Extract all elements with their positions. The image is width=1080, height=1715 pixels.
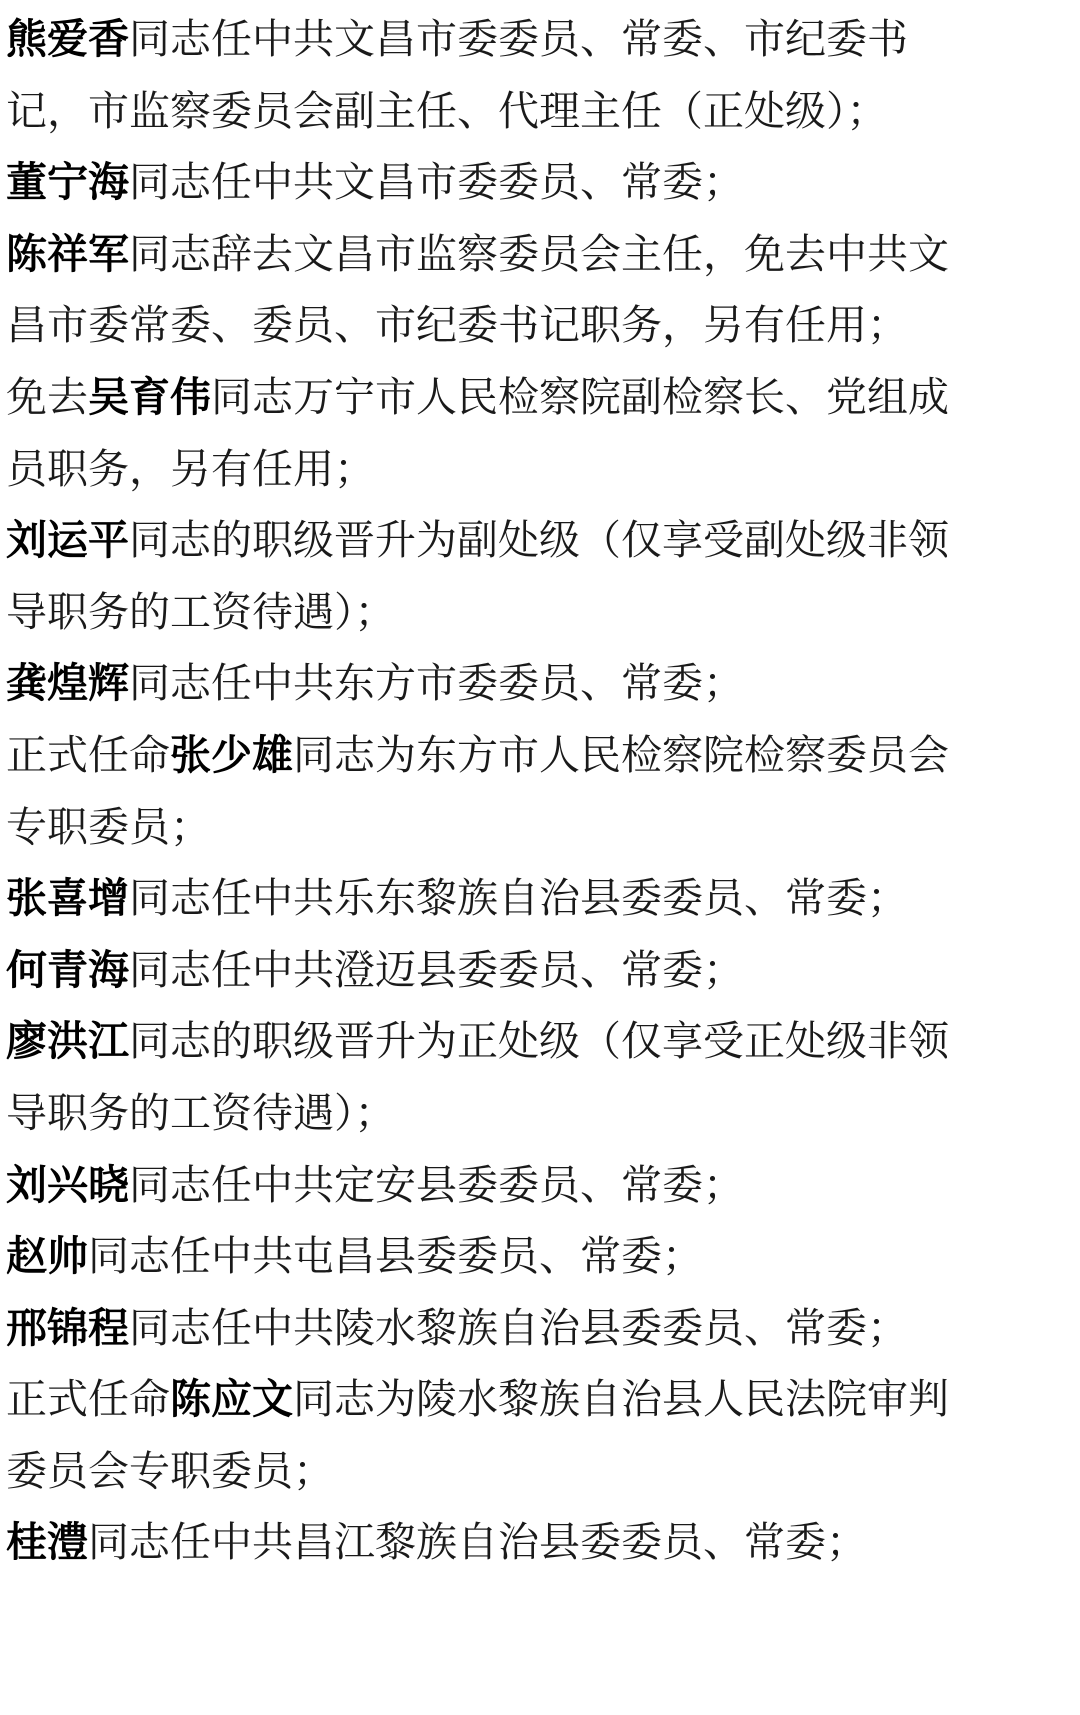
appointment-entry: 刘运平同志的职级晋升为副处级（仅享受副处级非领 导职务的工资待遇）； [6, 505, 1076, 648]
text-line: 邢锦程同志任中共陵水黎族自治县委委员、常委； [6, 1293, 1076, 1365]
text-line: 导职务的工资待遇）； [6, 577, 1076, 649]
line-text: 同志万宁市人民检察院副检察长、党组成 [211, 373, 949, 421]
person-name: 熊爱香 [6, 15, 129, 63]
line-text: 同志为陵水黎族自治县人民法院审判 [293, 1375, 949, 1423]
person-name: 陈应文 [170, 1375, 293, 1423]
appointment-entry: 邢锦程同志任中共陵水黎族自治县委委员、常委； [6, 1293, 1076, 1365]
text-line: 免去吴育伟同志万宁市人民检察院副检察长、党组成 [6, 362, 1076, 434]
appointment-entry: 正式任命陈应文同志为陵水黎族自治县人民法院审判 委员会专职委员； [6, 1364, 1076, 1507]
line-text: 同志为东方市人民检察院检察委员会 [293, 731, 949, 779]
person-name: 何青海 [6, 946, 129, 994]
text-line: 董宁海同志任中共文昌市委委员、常委； [6, 147, 1076, 219]
appointment-entry: 正式任命张少雄同志为东方市人民检察院检察委员会 专职委员； [6, 720, 1076, 863]
person-name: 廖洪江 [6, 1017, 129, 1065]
appointment-entry: 赵帅同志任中共屯昌县委委员、常委； [6, 1221, 1076, 1293]
text-line: 陈祥军同志辞去文昌市监察委员会主任，免去中共文 [6, 219, 1076, 291]
appointment-entry: 龚煌辉同志任中共东方市委委员、常委； [6, 648, 1076, 720]
text-line: 记，市监察委员会副主任、代理主任（正处级）； [6, 76, 1076, 148]
line-text: 同志任中共乐东黎族自治县委委员、常委； [129, 874, 908, 922]
text-line: 导职务的工资待遇）； [6, 1078, 1076, 1150]
appointment-entry: 桂澧同志任中共昌江黎族自治县委委员、常委； [6, 1507, 1076, 1579]
text-line: 员职务，另有任用； [6, 434, 1076, 506]
text-line: 正式任命陈应文同志为陵水黎族自治县人民法院审判 [6, 1364, 1076, 1436]
line-text: 记，市监察委员会副主任、代理主任（正处级）； [6, 87, 888, 135]
text-line: 龚煌辉同志任中共东方市委委员、常委； [6, 648, 1076, 720]
appointment-entry: 董宁海同志任中共文昌市委委员、常委； [6, 147, 1076, 219]
line-text: 专职委员； [6, 803, 211, 851]
line-text: 同志任中共文昌市委委员、常委、市纪委书 [129, 15, 908, 63]
text-line: 刘兴晓同志任中共定安县委委员、常委； [6, 1150, 1076, 1222]
line-text: 导职务的工资待遇）； [6, 588, 396, 636]
line-text: 同志任中共昌江黎族自治县委委员、常委； [88, 1518, 867, 1566]
text-line: 正式任命张少雄同志为东方市人民检察院检察委员会 [6, 720, 1076, 792]
line-text: 同志任中共陵水黎族自治县委委员、常委； [129, 1304, 908, 1352]
line-prefix: 正式任命 [6, 1375, 170, 1423]
line-text: 同志的职级晋升为正处级（仅享受正处级非领 [129, 1017, 949, 1065]
line-text: 同志任中共定安县委委员、常委； [129, 1161, 744, 1209]
line-text: 昌市委常委、委员、市纪委书记职务，另有任用； [6, 301, 908, 349]
text-line: 委员会专职委员； [6, 1436, 1076, 1508]
line-text: 员职务，另有任用； [6, 445, 375, 493]
text-line: 专职委员； [6, 792, 1076, 864]
appointment-entry: 刘兴晓同志任中共定安县委委员、常委； [6, 1150, 1076, 1222]
line-text: 同志辞去文昌市监察委员会主任，免去中共文 [129, 230, 949, 278]
person-name: 刘兴晓 [6, 1161, 129, 1209]
text-line: 桂澧同志任中共昌江黎族自治县委委员、常委； [6, 1507, 1076, 1579]
person-name: 刘运平 [6, 516, 129, 564]
text-line: 昌市委常委、委员、市纪委书记职务，另有任用； [6, 290, 1076, 362]
person-name: 赵帅 [6, 1232, 88, 1280]
line-text: 导职务的工资待遇）； [6, 1089, 396, 1137]
line-text: 同志的职级晋升为副处级（仅享受副处级非领 [129, 516, 949, 564]
appointment-entry: 陈祥军同志辞去文昌市监察委员会主任，免去中共文 昌市委常委、委员、市纪委书记职务… [6, 219, 1076, 362]
text-line: 张喜增同志任中共乐东黎族自治县委委员、常委； [6, 863, 1076, 935]
line-prefix: 正式任命 [6, 731, 170, 779]
line-text: 同志任中共澄迈县委委员、常委； [129, 946, 744, 994]
person-name: 董宁海 [6, 158, 129, 206]
person-name: 桂澧 [6, 1518, 88, 1566]
line-text: 同志任中共文昌市委委员、常委； [129, 158, 744, 206]
line-text: 同志任中共东方市委委员、常委； [129, 659, 744, 707]
person-name: 陈祥军 [6, 230, 129, 278]
person-name: 龚煌辉 [6, 659, 129, 707]
appointment-entry: 廖洪江同志的职级晋升为正处级（仅享受正处级非领 导职务的工资待遇）； [6, 1006, 1076, 1149]
text-line: 刘运平同志的职级晋升为副处级（仅享受副处级非领 [6, 505, 1076, 577]
person-name: 张喜增 [6, 874, 129, 922]
person-name: 邢锦程 [6, 1304, 129, 1352]
person-name: 吴育伟 [88, 373, 211, 421]
line-prefix: 免去 [6, 373, 88, 421]
text-line: 廖洪江同志的职级晋升为正处级（仅享受正处级非领 [6, 1006, 1076, 1078]
line-text: 委员会专职委员； [6, 1447, 334, 1495]
line-text: 同志任中共屯昌县委委员、常委； [88, 1232, 703, 1280]
appointment-entry: 免去吴育伟同志万宁市人民检察院副检察长、党组成 员职务，另有任用； [6, 362, 1076, 505]
appointment-entry: 何青海同志任中共澄迈县委委员、常委； [6, 935, 1076, 1007]
appointment-entry: 张喜增同志任中共乐东黎族自治县委委员、常委； [6, 863, 1076, 935]
appointment-entry: 熊爱香同志任中共文昌市委委员、常委、市纪委书 记，市监察委员会副主任、代理主任（… [6, 4, 1076, 147]
text-line: 何青海同志任中共澄迈县委委员、常委； [6, 935, 1076, 1007]
person-name: 张少雄 [170, 731, 293, 779]
text-line: 熊爱香同志任中共文昌市委委员、常委、市纪委书 [6, 4, 1076, 76]
text-line: 赵帅同志任中共屯昌县委委员、常委； [6, 1221, 1076, 1293]
appointment-notice-document: 熊爱香同志任中共文昌市委委员、常委、市纪委书 记，市监察委员会副主任、代理主任（… [6, 4, 1076, 1579]
